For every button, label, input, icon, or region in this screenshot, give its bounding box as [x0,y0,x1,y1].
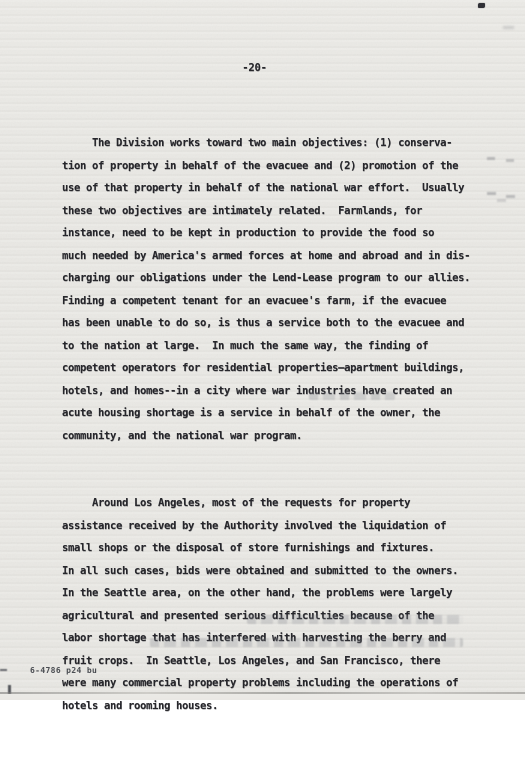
paper-edge-margin [0,694,525,700]
page-number: -20- [0,62,509,74]
bleed-through-text [247,615,463,624]
footer-document-code: 6-4786 p24 bu [30,666,97,675]
bleed-through-text [150,638,463,647]
paragraph-objectives: The Division works toward two main objec… [62,132,492,447]
document-body: The Division works toward two main objec… [62,87,492,700]
margin-smudge [503,26,514,29]
scanned-document-page: -20- The Division works toward two main … [0,0,525,700]
edge-mark [0,669,7,671]
ink-blot-mark [478,3,485,8]
bleed-through-text [309,392,395,400]
margin-smudge [487,192,496,195]
paragraph-regional-problems: Around Los Angeles, most of the requests… [62,492,492,700]
margin-smudge [487,157,495,160]
